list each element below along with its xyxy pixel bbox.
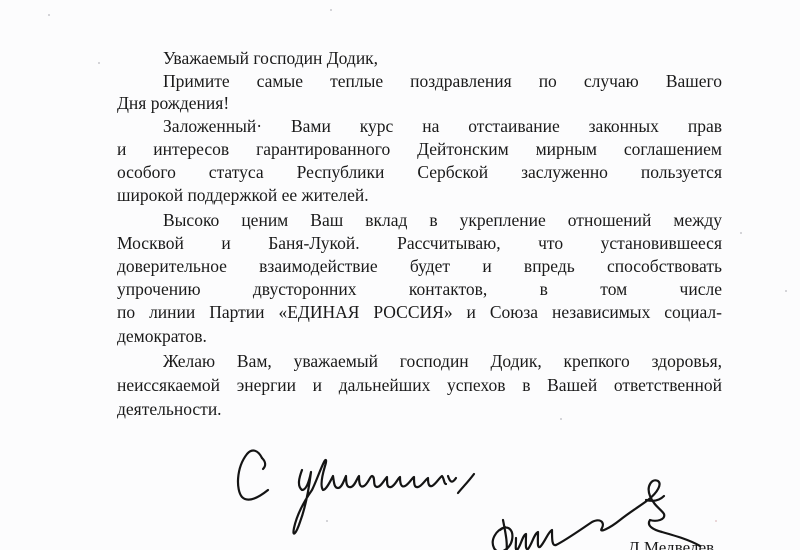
paragraph-2-line-3: особого статуса Республики Сербской засл… bbox=[117, 161, 722, 183]
signer-name: Д.Медведев bbox=[628, 538, 714, 550]
paragraph-2-line-2: и интересов гарантированного Дейтонским … bbox=[117, 138, 722, 160]
closing-word-uvazheniem bbox=[293, 460, 446, 534]
paragraph-3-line-6: демократов. bbox=[117, 325, 722, 347]
scan-speck bbox=[785, 290, 787, 292]
salutation: Уважаемый господин Додик, bbox=[163, 47, 722, 69]
scan-speck bbox=[740, 232, 742, 234]
paragraph-3-line-5: по линии Партии «ЕДИНАЯ РОССИЯ» и Союза … bbox=[117, 301, 722, 323]
paragraph-3-line-2: Москвой и Баня-Лукой. Рассчитываю, что у… bbox=[117, 232, 722, 254]
paragraph-4-line-3: деятельности. bbox=[117, 398, 722, 420]
closing-comma bbox=[458, 474, 474, 493]
paragraph-3-line-1: Высоко ценим Ваш вклад в укрепление отно… bbox=[163, 209, 722, 231]
scan-speck bbox=[98, 62, 100, 64]
scan-speck bbox=[326, 520, 328, 522]
paragraph-3-line-4: упрочению двусторонних контактов, в том … bbox=[117, 278, 722, 300]
scan-speck bbox=[560, 418, 562, 420]
paragraph-2-line-4: широкой поддержкой ее жителей. bbox=[117, 184, 722, 206]
paragraph-4-line-2: неиссякаемой энергии и дальнейших успехо… bbox=[117, 374, 722, 396]
paragraph-1-line-2: Дня рождения! bbox=[117, 92, 722, 114]
scan-speck bbox=[330, 9, 332, 11]
paragraph-2-line-1: Заложенный· Вами курс на отстаивание зак… bbox=[163, 115, 722, 137]
scan-speck bbox=[48, 14, 50, 16]
paragraph-1-line-1: Примите самые теплые поздравления по слу… bbox=[163, 70, 722, 92]
scan-speck bbox=[715, 520, 717, 522]
paragraph-3-line-3: доверительное взаимодействие будет и впр… bbox=[117, 255, 722, 277]
closing-letter-s bbox=[238, 451, 268, 500]
letter-page: Уважаемый господин Додик, Примите самые … bbox=[0, 0, 800, 550]
paragraph-4-line-1: Желаю Вам, уважаемый господин Додик, кре… bbox=[163, 350, 722, 372]
